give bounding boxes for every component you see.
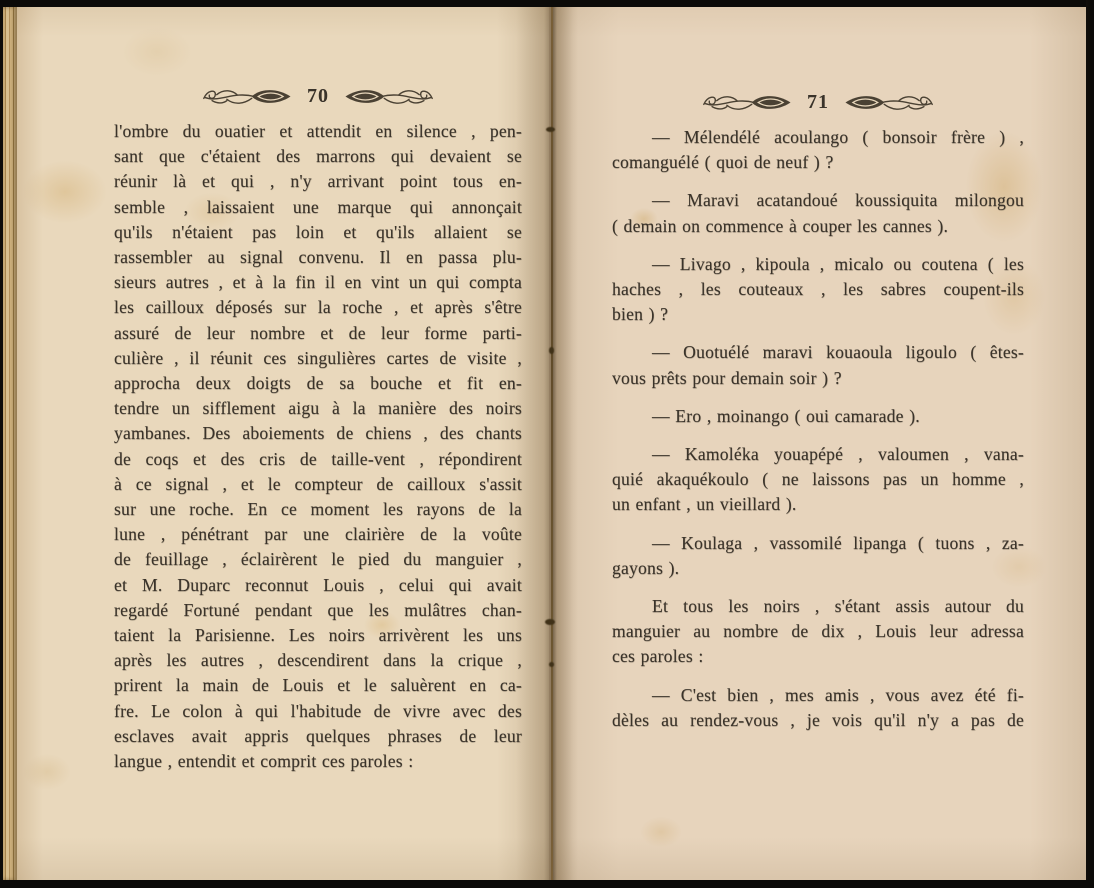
text-line: après les autres , descendirent dans la … xyxy=(114,648,522,673)
right-page-body: — Mélendélé acoulango ( bonsoir frère ) … xyxy=(612,125,1024,733)
book-fore-edge xyxy=(3,7,17,880)
paragraph: — C'est bien , mes amis , vous avez été … xyxy=(612,683,1024,733)
page-number: 70 xyxy=(306,86,330,106)
scan-border-top xyxy=(0,0,1094,7)
text-line: gayons ). xyxy=(612,556,1024,581)
text-line: tendre un sifflement aigu à la manière d… xyxy=(114,396,522,421)
text-line: manguier au nombre de dix , Louis leur a… xyxy=(612,619,1024,644)
text-line: de coqs et des cris de taille-vent , rép… xyxy=(114,447,522,472)
left-page: 70 l'ombre du ouatier et attendit en sil… xyxy=(17,7,549,880)
text-line: assuré de leur nombre et de leur forme p… xyxy=(114,321,522,346)
text-line: bien ) ? xyxy=(612,302,1024,327)
text-line: — C'est bien , mes amis , vous avez été … xyxy=(612,683,1024,708)
text-line: — Ouotuélé maravi kouaoula ligoulo ( ête… xyxy=(612,340,1024,365)
text-line: prirent la main de Louis et le saluèrent… xyxy=(114,673,522,698)
left-page-body: l'ombre du ouatier et attendit en silenc… xyxy=(114,119,522,774)
paragraph: — Ouotuélé maravi kouaoula ligoulo ( ête… xyxy=(612,340,1024,390)
text-line: sant que c'étaient des marrons qui devai… xyxy=(114,144,522,169)
book-scan: { "document": { "kind": "scanned book sp… xyxy=(0,0,1094,888)
header-ornament-right-icon xyxy=(839,90,935,115)
text-line: et M. Duparc reconnut Louis , celui qui … xyxy=(114,573,522,598)
text-line: — Maravi acatandoué koussiquita milongou xyxy=(612,188,1024,213)
text-line: ces paroles : xyxy=(612,644,1024,669)
scan-border-bottom xyxy=(0,880,1094,888)
text-line: sieurs autres , et à la fin il en vint u… xyxy=(114,270,522,295)
text-line: yambanes. Des aboiements de chiens , des… xyxy=(114,421,522,446)
text-line: les cailloux déposés sur la roche , et a… xyxy=(114,295,522,320)
text-line: langue , entendit et comprit ces paroles… xyxy=(114,749,522,774)
text-line: haches , les couteaux , les sabres coupe… xyxy=(612,277,1024,302)
text-line: lune , pénétrant par une clairière de la… xyxy=(114,522,522,547)
text-line: qu'ils n'étaient pas loin et qu'ils alla… xyxy=(114,220,522,245)
paragraph: — Maravi acatandoué koussiquita milongou… xyxy=(612,188,1024,238)
text-line: semble , laissaient une marque qui annon… xyxy=(114,195,522,220)
right-page-text-column: 71 — Mélendélé acoulango ( bonsoir frère… xyxy=(612,89,1024,733)
text-line: — Koulaga , vassomilé lipanga ( tuons , … xyxy=(612,531,1024,556)
text-line: taient la Parisienne. Les noirs arrivère… xyxy=(114,623,522,648)
text-line: quié akaquékoulo ( ne laissons pas un ho… xyxy=(612,467,1024,492)
header-ornament-left-icon xyxy=(701,90,797,115)
text-line: regardé Fortuné pendant que les mulâtres… xyxy=(114,598,522,623)
text-line: de feuillage , éclairèrent le pied du ma… xyxy=(114,547,522,572)
right-page: 71 — Mélendélé acoulango ( bonsoir frère… xyxy=(549,7,1086,880)
text-line: l'ombre du ouatier et attendit en silenc… xyxy=(114,119,522,144)
text-line: — Ero , moinango ( oui camarade ). xyxy=(612,404,1024,429)
paragraph: — Ero , moinango ( oui camarade ). xyxy=(612,404,1024,429)
text-line: vous prêts pour demain soir ) ? xyxy=(612,366,1024,391)
page-number: 71 xyxy=(806,92,830,112)
text-line: réunir là et qui , n'y arrivant point to… xyxy=(114,169,522,194)
text-line: culière , il réunit ces singulières cart… xyxy=(114,346,522,371)
text-line: rassembler au signal convenu. Il en pass… xyxy=(114,245,522,270)
text-line: à ce signal , et le compteur de cailloux… xyxy=(114,472,522,497)
text-line: esclaves avait appris quelques phrases d… xyxy=(114,724,522,749)
left-page-header: 70 xyxy=(114,83,522,109)
text-line: dèles au rendez-vous , je vois qu'il n'y… xyxy=(612,708,1024,733)
paragraph: — Livago , kipoula , micalo ou coutena (… xyxy=(612,252,1024,328)
scan-border-right xyxy=(1086,0,1094,888)
text-line: — Livago , kipoula , micalo ou coutena (… xyxy=(612,252,1024,277)
text-line: — Kamoléka youapépé , valoumen , vana- xyxy=(612,442,1024,467)
text-line: fre. Le colon à qui l'habitude de vivre … xyxy=(114,699,522,724)
paragraph: — Kamoléka youapépé , valoumen , vana-qu… xyxy=(612,442,1024,518)
header-ornament-left-icon xyxy=(201,84,297,109)
text-line: Et tous les noirs , s'étant assis autour… xyxy=(612,594,1024,619)
text-line: — Mélendélé acoulango ( bonsoir frère ) … xyxy=(612,125,1024,150)
paragraph: — Koulaga , vassomilé lipanga ( tuons , … xyxy=(612,531,1024,581)
text-line: comanguélé ( quoi de neuf ) ? xyxy=(612,150,1024,175)
left-page-text-column: 70 l'ombre du ouatier et attendit en sil… xyxy=(114,83,522,774)
text-line: approcha deux doigts de sa bouche et fit… xyxy=(114,371,522,396)
text-line: sur une roche. En ce moment les rayons d… xyxy=(114,497,522,522)
text-line: un enfant , un vieillard ). xyxy=(612,492,1024,517)
text-line: ( demain on commence à couper les cannes… xyxy=(612,214,1024,239)
paragraph: — Mélendélé acoulango ( bonsoir frère ) … xyxy=(612,125,1024,175)
paragraph: Et tous les noirs , s'étant assis autour… xyxy=(612,594,1024,670)
right-page-header: 71 xyxy=(612,89,1024,115)
header-ornament-right-icon xyxy=(339,84,435,109)
